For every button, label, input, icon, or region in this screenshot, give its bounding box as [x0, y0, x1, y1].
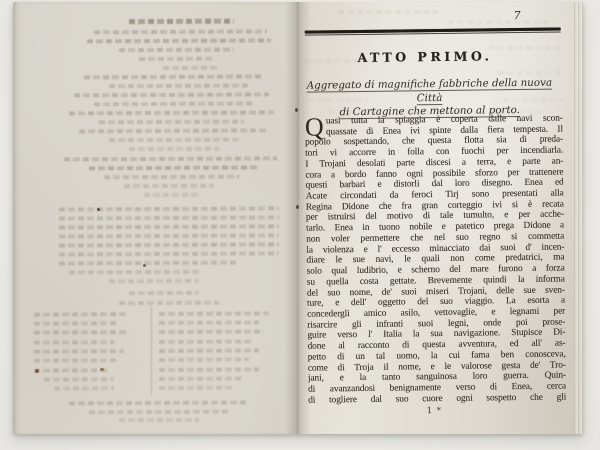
bleed-line	[94, 101, 254, 106]
foxing-spot	[97, 208, 100, 211]
bleed-line	[84, 74, 264, 79]
bleed-line	[34, 321, 119, 325]
bleed-line	[139, 57, 214, 61]
bleed-line	[159, 358, 249, 362]
stitch-dot	[295, 108, 298, 112]
bleed-line	[64, 156, 277, 161]
bleed-line	[119, 301, 219, 306]
page-number: 7	[513, 9, 520, 22]
right-page: 7 ATTO PRIMO. Aggregato di magnifiche fa…	[298, 2, 583, 434]
scene-line: Aggregato di magnifiche fabbriche della …	[298, 77, 560, 107]
bleed-line	[69, 401, 249, 406]
bleed-through-text	[13, 2, 298, 434]
bleed-line	[89, 410, 229, 415]
bleed-line	[119, 48, 234, 53]
bleed-line	[129, 291, 199, 295]
foxing-spot	[35, 369, 39, 373]
bleed-line	[129, 19, 234, 25]
bleed-line	[94, 29, 267, 34]
foxing-spot	[100, 368, 104, 371]
bleed-line	[59, 215, 279, 220]
bleed-line	[69, 110, 274, 115]
bleed-line	[109, 84, 249, 89]
bleed-line	[74, 92, 269, 97]
bleed-line	[159, 320, 259, 325]
bleed-line	[59, 251, 279, 256]
bleed-line	[159, 329, 264, 334]
bleed-line	[144, 193, 199, 197]
bleed-line	[69, 270, 199, 275]
bleed-line	[129, 147, 219, 151]
bleed-line	[163, 66, 218, 70]
bleed-line	[59, 242, 279, 247]
bleed-line	[109, 138, 239, 143]
bleed-line	[59, 206, 279, 211]
bleed-line	[124, 184, 214, 188]
bleed-line	[34, 349, 124, 353]
left-page	[13, 2, 298, 434]
bleed-line	[159, 311, 269, 316]
act-heading: ATTO PRIMO.	[300, 48, 550, 66]
bleed-column-divider	[151, 307, 152, 395]
bleed-line	[79, 128, 267, 133]
bleed-line	[59, 224, 279, 229]
bleed-line	[119, 418, 199, 422]
booklet: 7 ATTO PRIMO. Aggregato di magnifiche fa…	[13, 2, 583, 434]
signature-mark: 1 *	[308, 405, 560, 418]
bleed-line	[89, 165, 259, 170]
bleed-line	[99, 120, 244, 125]
bleed-line	[104, 175, 239, 180]
stitch-dot	[296, 205, 299, 209]
bleed-line	[34, 358, 119, 362]
bleed-line	[159, 339, 254, 343]
bleed-line	[59, 233, 279, 238]
bleed-line	[59, 261, 239, 266]
header-rule	[305, 28, 561, 36]
bleed-line	[87, 38, 271, 43]
bleed-line	[44, 377, 114, 381]
foxing-spot	[143, 264, 146, 267]
bleed-line	[34, 330, 129, 334]
body-text: uasi tutta la spiaggia è coperta dalle n…	[305, 113, 567, 406]
bleed-line	[159, 377, 244, 381]
bleed-line	[34, 312, 129, 316]
bleed-line	[159, 348, 259, 353]
bleed-line	[109, 279, 199, 283]
bleed-line	[54, 386, 114, 390]
bleed-line	[159, 367, 259, 372]
bleed-line	[34, 340, 114, 344]
bleed-line	[34, 368, 109, 372]
printed-text-block: 7 ATTO PRIMO. Aggregato di magnifiche fa…	[298, 2, 583, 434]
photo-backdrop: { "photo": { "subject": "antique printed…	[0, 0, 600, 450]
fore-edge	[574, 2, 583, 434]
bleed-line	[159, 386, 234, 390]
